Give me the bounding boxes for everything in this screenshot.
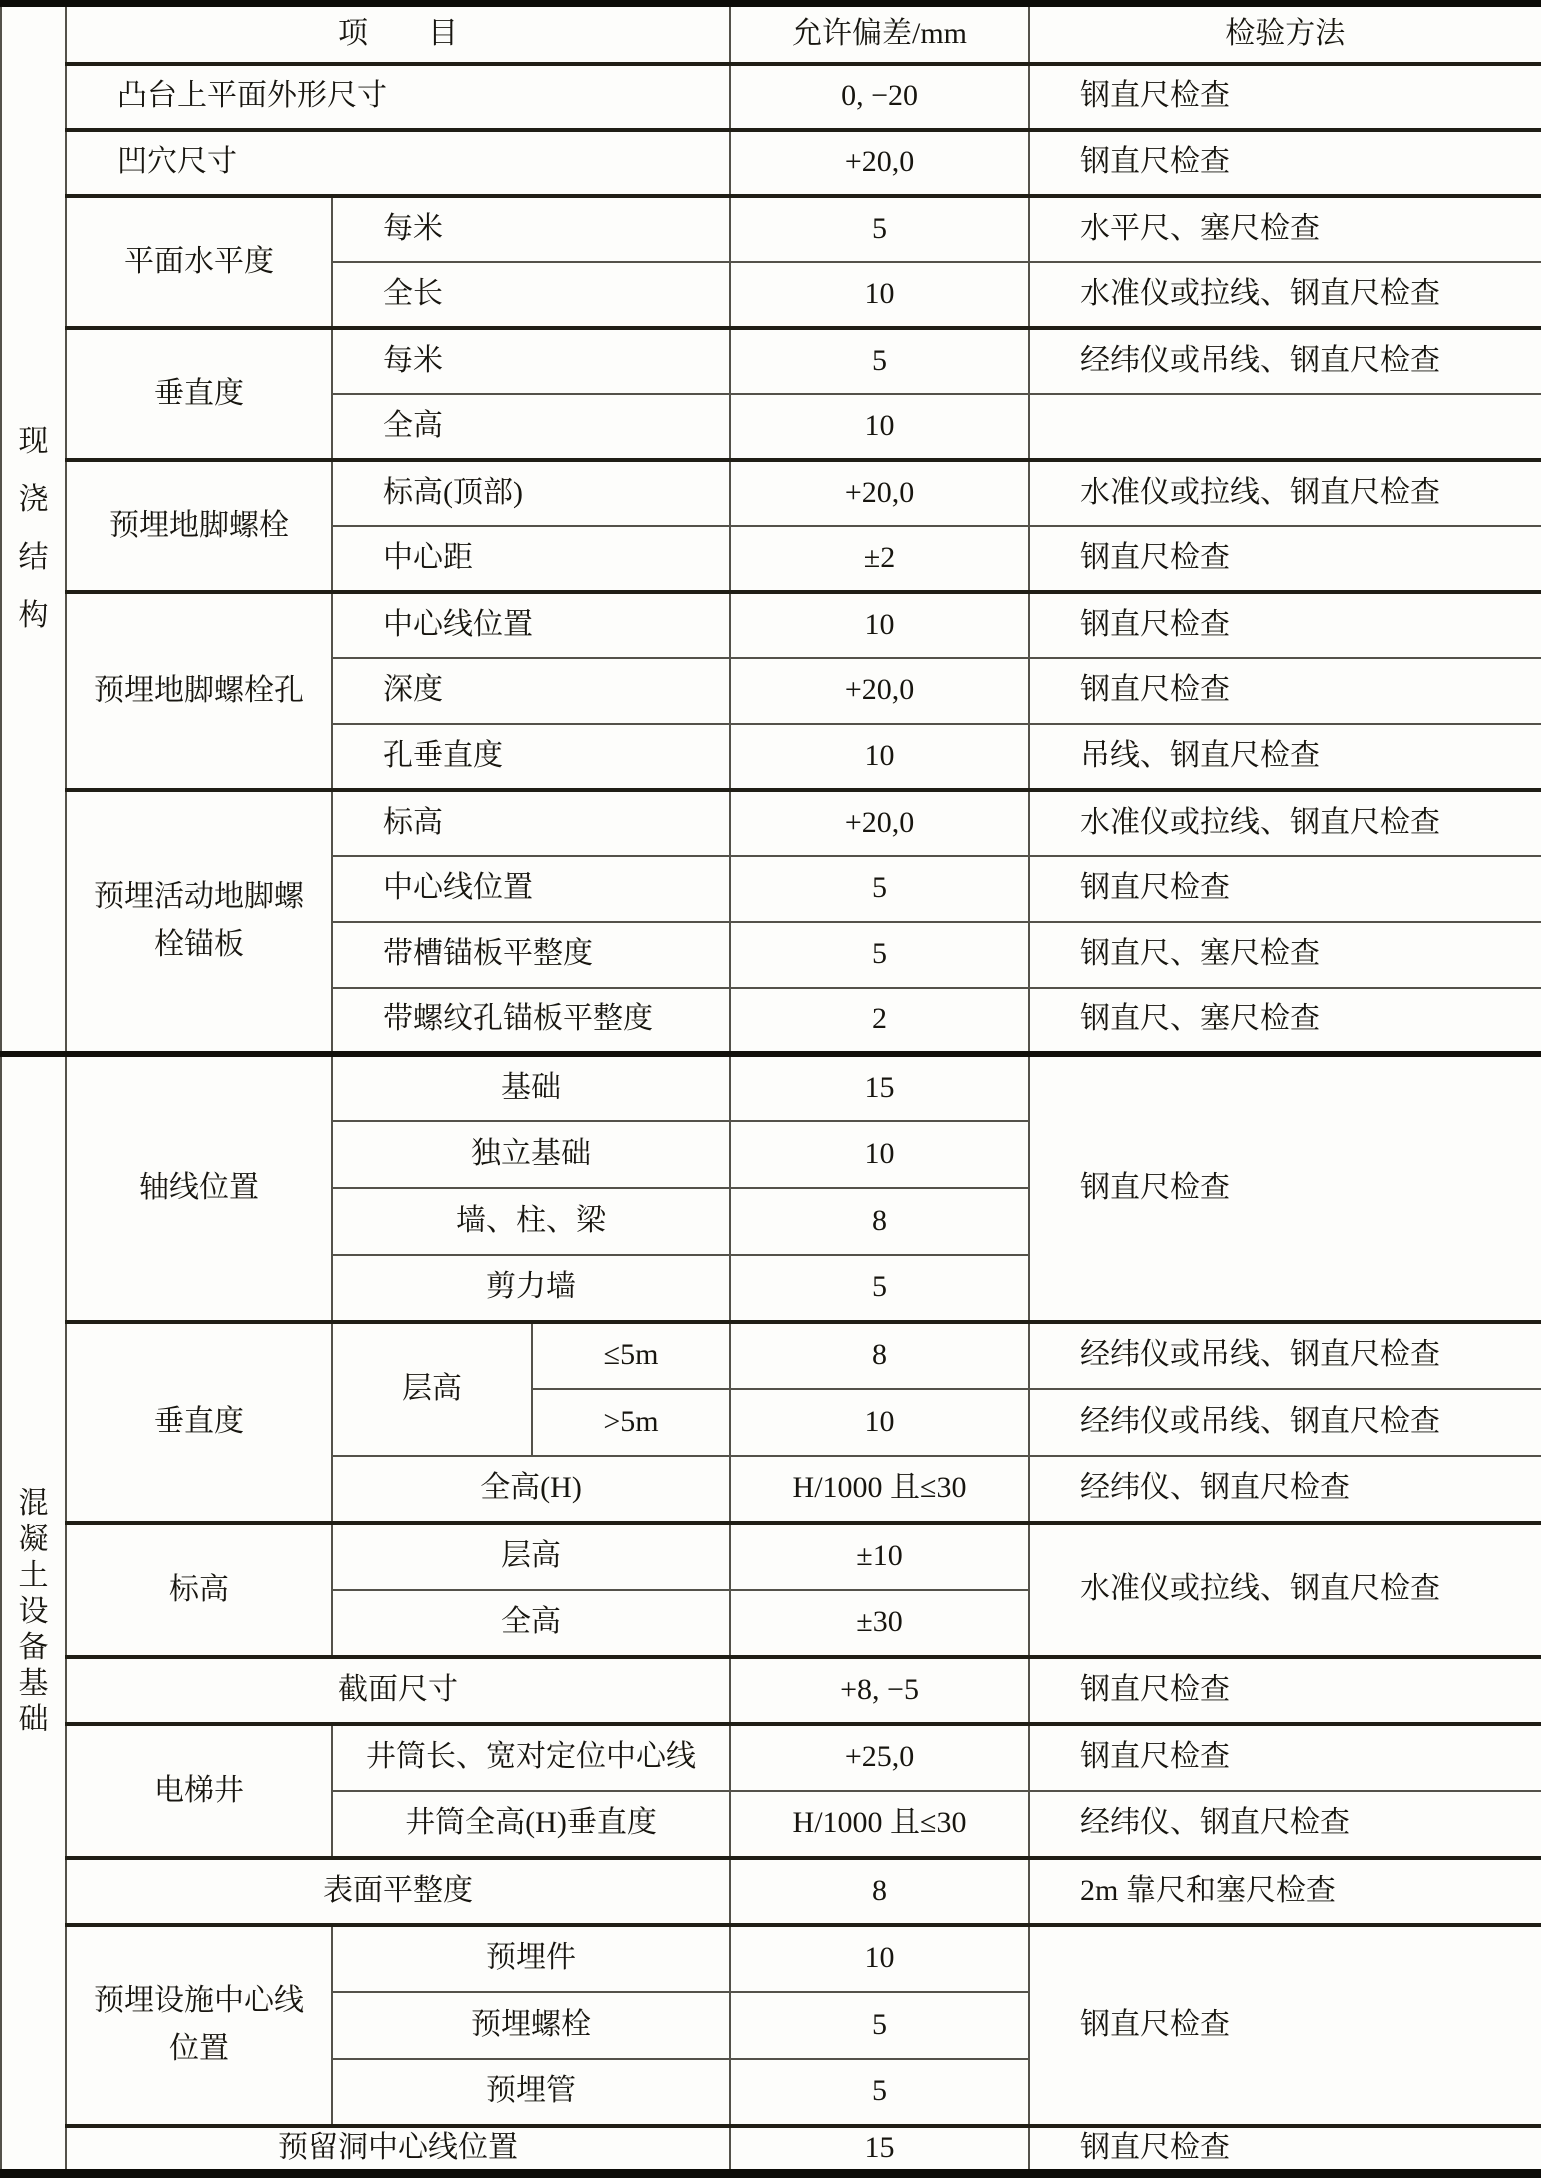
method-cell	[1029, 394, 1541, 460]
deviation-cell: ±10	[730, 1523, 1029, 1590]
table-row: 预埋设施中心线位置 预埋件 10 钢直尺检查	[1, 1925, 1541, 1992]
item-cell: 全高	[332, 394, 730, 460]
item-cell: 截面尺寸	[66, 1657, 730, 1724]
item-cell: >5m	[532, 1389, 730, 1456]
table-row: 现浇结构 项 目 允许偏差/mm 检验方法	[1, 4, 1541, 64]
deviation-cell: 15	[730, 2126, 1029, 2174]
item-cell: 独立基础	[332, 1121, 730, 1188]
section-label-text: 现浇结构	[19, 413, 49, 645]
group-cell: 电梯井	[66, 1724, 332, 1858]
method-cell: 经纬仪、钢直尺检查	[1029, 1456, 1541, 1523]
deviation-cell: +8, −5	[730, 1657, 1029, 1724]
deviation-cell: ±30	[730, 1590, 1029, 1657]
section-label-concrete-foundation: 混凝土设备基础	[1, 1054, 66, 2174]
group-cell: 预埋地脚螺栓孔	[66, 592, 332, 790]
item-cell: 井筒长、宽对定位中心线	[332, 1724, 730, 1791]
deviation-cell: 10	[730, 1925, 1029, 1992]
deviation-cell: 8	[730, 1188, 1029, 1255]
deviation-cell: +20,0	[730, 460, 1029, 526]
method-cell: 经纬仪或吊线、钢直尺检查	[1029, 328, 1541, 394]
deviation-cell: 5	[730, 856, 1029, 922]
table-row: 表面平整度 8 2m 靠尺和塞尺检查	[1, 1858, 1541, 1925]
section-label-cast-in-place: 现浇结构	[1, 4, 66, 1054]
deviation-cell: +25,0	[730, 1724, 1029, 1791]
deviation-cell: 10	[730, 1121, 1029, 1188]
method-cell: 水准仪或拉线、钢直尺检查	[1029, 790, 1541, 856]
table-row: 凹穴尺寸 +20,0 钢直尺检查	[1, 130, 1541, 196]
table-row: 预留洞中心线位置 15 钢直尺检查	[1, 2126, 1541, 2174]
item-cell: 全长	[332, 262, 730, 328]
item-cell: 全高	[332, 1590, 730, 1657]
item-cell: 每米	[332, 196, 730, 262]
group-cell: 标高	[66, 1523, 332, 1657]
deviation-cell: 5	[730, 196, 1029, 262]
item-cell: 预留洞中心线位置	[66, 2126, 730, 2174]
table-row: 电梯井 井筒长、宽对定位中心线 +25,0 钢直尺检查	[1, 1724, 1541, 1791]
deviation-cell: 10	[730, 262, 1029, 328]
deviation-cell: 10	[730, 592, 1029, 658]
deviation-cell: 5	[730, 922, 1029, 988]
method-cell: 水准仪或拉线、钢直尺检查	[1029, 1523, 1541, 1657]
method-cell: 钢直尺检查	[1029, 1054, 1541, 1322]
deviation-cell: 8	[730, 1322, 1029, 1389]
item-cell: 墙、柱、梁	[332, 1188, 730, 1255]
deviation-cell: 5	[730, 1255, 1029, 1322]
deviation-cell: 8	[730, 1858, 1029, 1925]
deviation-cell: H/1000 且≤30	[730, 1791, 1029, 1858]
table-row: 预埋地脚螺栓孔 中心线位置 10 钢直尺检查	[1, 592, 1541, 658]
method-cell: 钢直尺检查	[1029, 1925, 1541, 2126]
method-cell: 钢直尺、塞尺检查	[1029, 988, 1541, 1054]
method-cell: 水准仪或拉线、钢直尺检查	[1029, 460, 1541, 526]
table-row: 标高 层高 ±10 水准仪或拉线、钢直尺检查	[1, 1523, 1541, 1590]
item-cell: 基础	[332, 1054, 730, 1121]
header-deviation: 允许偏差/mm	[730, 4, 1029, 64]
deviation-cell: 10	[730, 724, 1029, 790]
method-cell: 经纬仪、钢直尺检查	[1029, 1791, 1541, 1858]
method-cell: 钢直尺检查	[1029, 1657, 1541, 1724]
group-cell: 预埋地脚螺栓	[66, 460, 332, 592]
group-cell: 平面水平度	[66, 196, 332, 328]
subgroup-cell: 层高	[332, 1322, 532, 1456]
method-cell: 钢直尺检查	[1029, 658, 1541, 724]
item-cell: 预埋管	[332, 2059, 730, 2126]
method-cell: 钢直尺检查	[1029, 526, 1541, 592]
item-cell: 表面平整度	[66, 1858, 730, 1925]
item-cell: 孔垂直度	[332, 724, 730, 790]
deviation-cell: +20,0	[730, 658, 1029, 724]
table-row: 预埋活动地脚螺栓锚板 标高 +20,0 水准仪或拉线、钢直尺检查	[1, 790, 1541, 856]
item-cell: ≤5m	[532, 1322, 730, 1389]
item-cell: 凹穴尺寸	[66, 130, 730, 196]
method-cell: 钢直尺检查	[1029, 1724, 1541, 1791]
method-cell: 钢直尺检查	[1029, 592, 1541, 658]
item-cell: 标高(顶部)	[332, 460, 730, 526]
item-cell: 剪力墙	[332, 1255, 730, 1322]
deviation-cell: 15	[730, 1054, 1029, 1121]
deviation-cell: 10	[730, 1389, 1029, 1456]
method-cell: 2m 靠尺和塞尺检查	[1029, 1858, 1541, 1925]
deviation-cell: 5	[730, 328, 1029, 394]
deviation-cell: 5	[730, 2059, 1029, 2126]
method-cell: 钢直尺、塞尺检查	[1029, 922, 1541, 988]
item-cell: 带槽锚板平整度	[332, 922, 730, 988]
deviation-cell: +20,0	[730, 790, 1029, 856]
deviation-cell: ±2	[730, 526, 1029, 592]
table-row: 垂直度 层高 ≤5m 8 经纬仪或吊线、钢直尺检查	[1, 1322, 1541, 1389]
method-cell: 钢直尺检查	[1029, 64, 1541, 130]
deviation-cell: 10	[730, 394, 1029, 460]
table-row: 预埋地脚螺栓 标高(顶部) +20,0 水准仪或拉线、钢直尺检查	[1, 460, 1541, 526]
group-cell: 垂直度	[66, 1322, 332, 1523]
group-cell: 垂直度	[66, 328, 332, 460]
method-cell: 经纬仪或吊线、钢直尺检查	[1029, 1389, 1541, 1456]
item-cell: 每米	[332, 328, 730, 394]
item-cell: 带螺纹孔锚板平整度	[332, 988, 730, 1054]
group-cell: 轴线位置	[66, 1054, 332, 1322]
item-cell: 全高(H)	[332, 1456, 730, 1523]
section-label-text: 混凝土设备基础	[19, 1486, 49, 1738]
header-item: 项 目	[66, 4, 730, 64]
item-cell: 井筒全高(H)垂直度	[332, 1791, 730, 1858]
group-cell: 预埋活动地脚螺栓锚板	[66, 790, 332, 1054]
deviation-cell: 0, −20	[730, 64, 1029, 130]
deviation-cell: +20,0	[730, 130, 1029, 196]
method-cell: 经纬仪或吊线、钢直尺检查	[1029, 1322, 1541, 1389]
deviation-cell: 2	[730, 988, 1029, 1054]
header-method: 检验方法	[1029, 4, 1541, 64]
table-row: 平面水平度 每米 5 水平尺、塞尺检查	[1, 196, 1541, 262]
item-cell: 中心线位置	[332, 592, 730, 658]
tolerance-table: 现浇结构 项 目 允许偏差/mm 检验方法 凸台上平面外形尺寸 0, −20 钢…	[0, 0, 1541, 2178]
method-cell: 钢直尺检查	[1029, 130, 1541, 196]
method-cell: 钢直尺检查	[1029, 2126, 1541, 2174]
item-cell: 层高	[332, 1523, 730, 1590]
item-cell: 预埋螺栓	[332, 1992, 730, 2059]
table-row: 截面尺寸 +8, −5 钢直尺检查	[1, 1657, 1541, 1724]
table-row: 垂直度 每米 5 经纬仪或吊线、钢直尺检查	[1, 328, 1541, 394]
method-cell: 吊线、钢直尺检查	[1029, 724, 1541, 790]
method-cell: 水准仪或拉线、钢直尺检查	[1029, 262, 1541, 328]
table-row: 混凝土设备基础 轴线位置 基础 15 钢直尺检查	[1, 1054, 1541, 1121]
deviation-cell: 5	[730, 1992, 1029, 2059]
method-cell: 钢直尺检查	[1029, 856, 1541, 922]
method-cell: 水平尺、塞尺检查	[1029, 196, 1541, 262]
group-cell: 预埋设施中心线位置	[66, 1925, 332, 2126]
item-cell: 中心距	[332, 526, 730, 592]
item-cell: 中心线位置	[332, 856, 730, 922]
deviation-cell: H/1000 且≤30	[730, 1456, 1029, 1523]
item-cell: 预埋件	[332, 1925, 730, 1992]
item-cell: 深度	[332, 658, 730, 724]
item-cell: 标高	[332, 790, 730, 856]
item-cell: 凸台上平面外形尺寸	[66, 64, 730, 130]
table-row: 凸台上平面外形尺寸 0, −20 钢直尺检查	[1, 64, 1541, 130]
